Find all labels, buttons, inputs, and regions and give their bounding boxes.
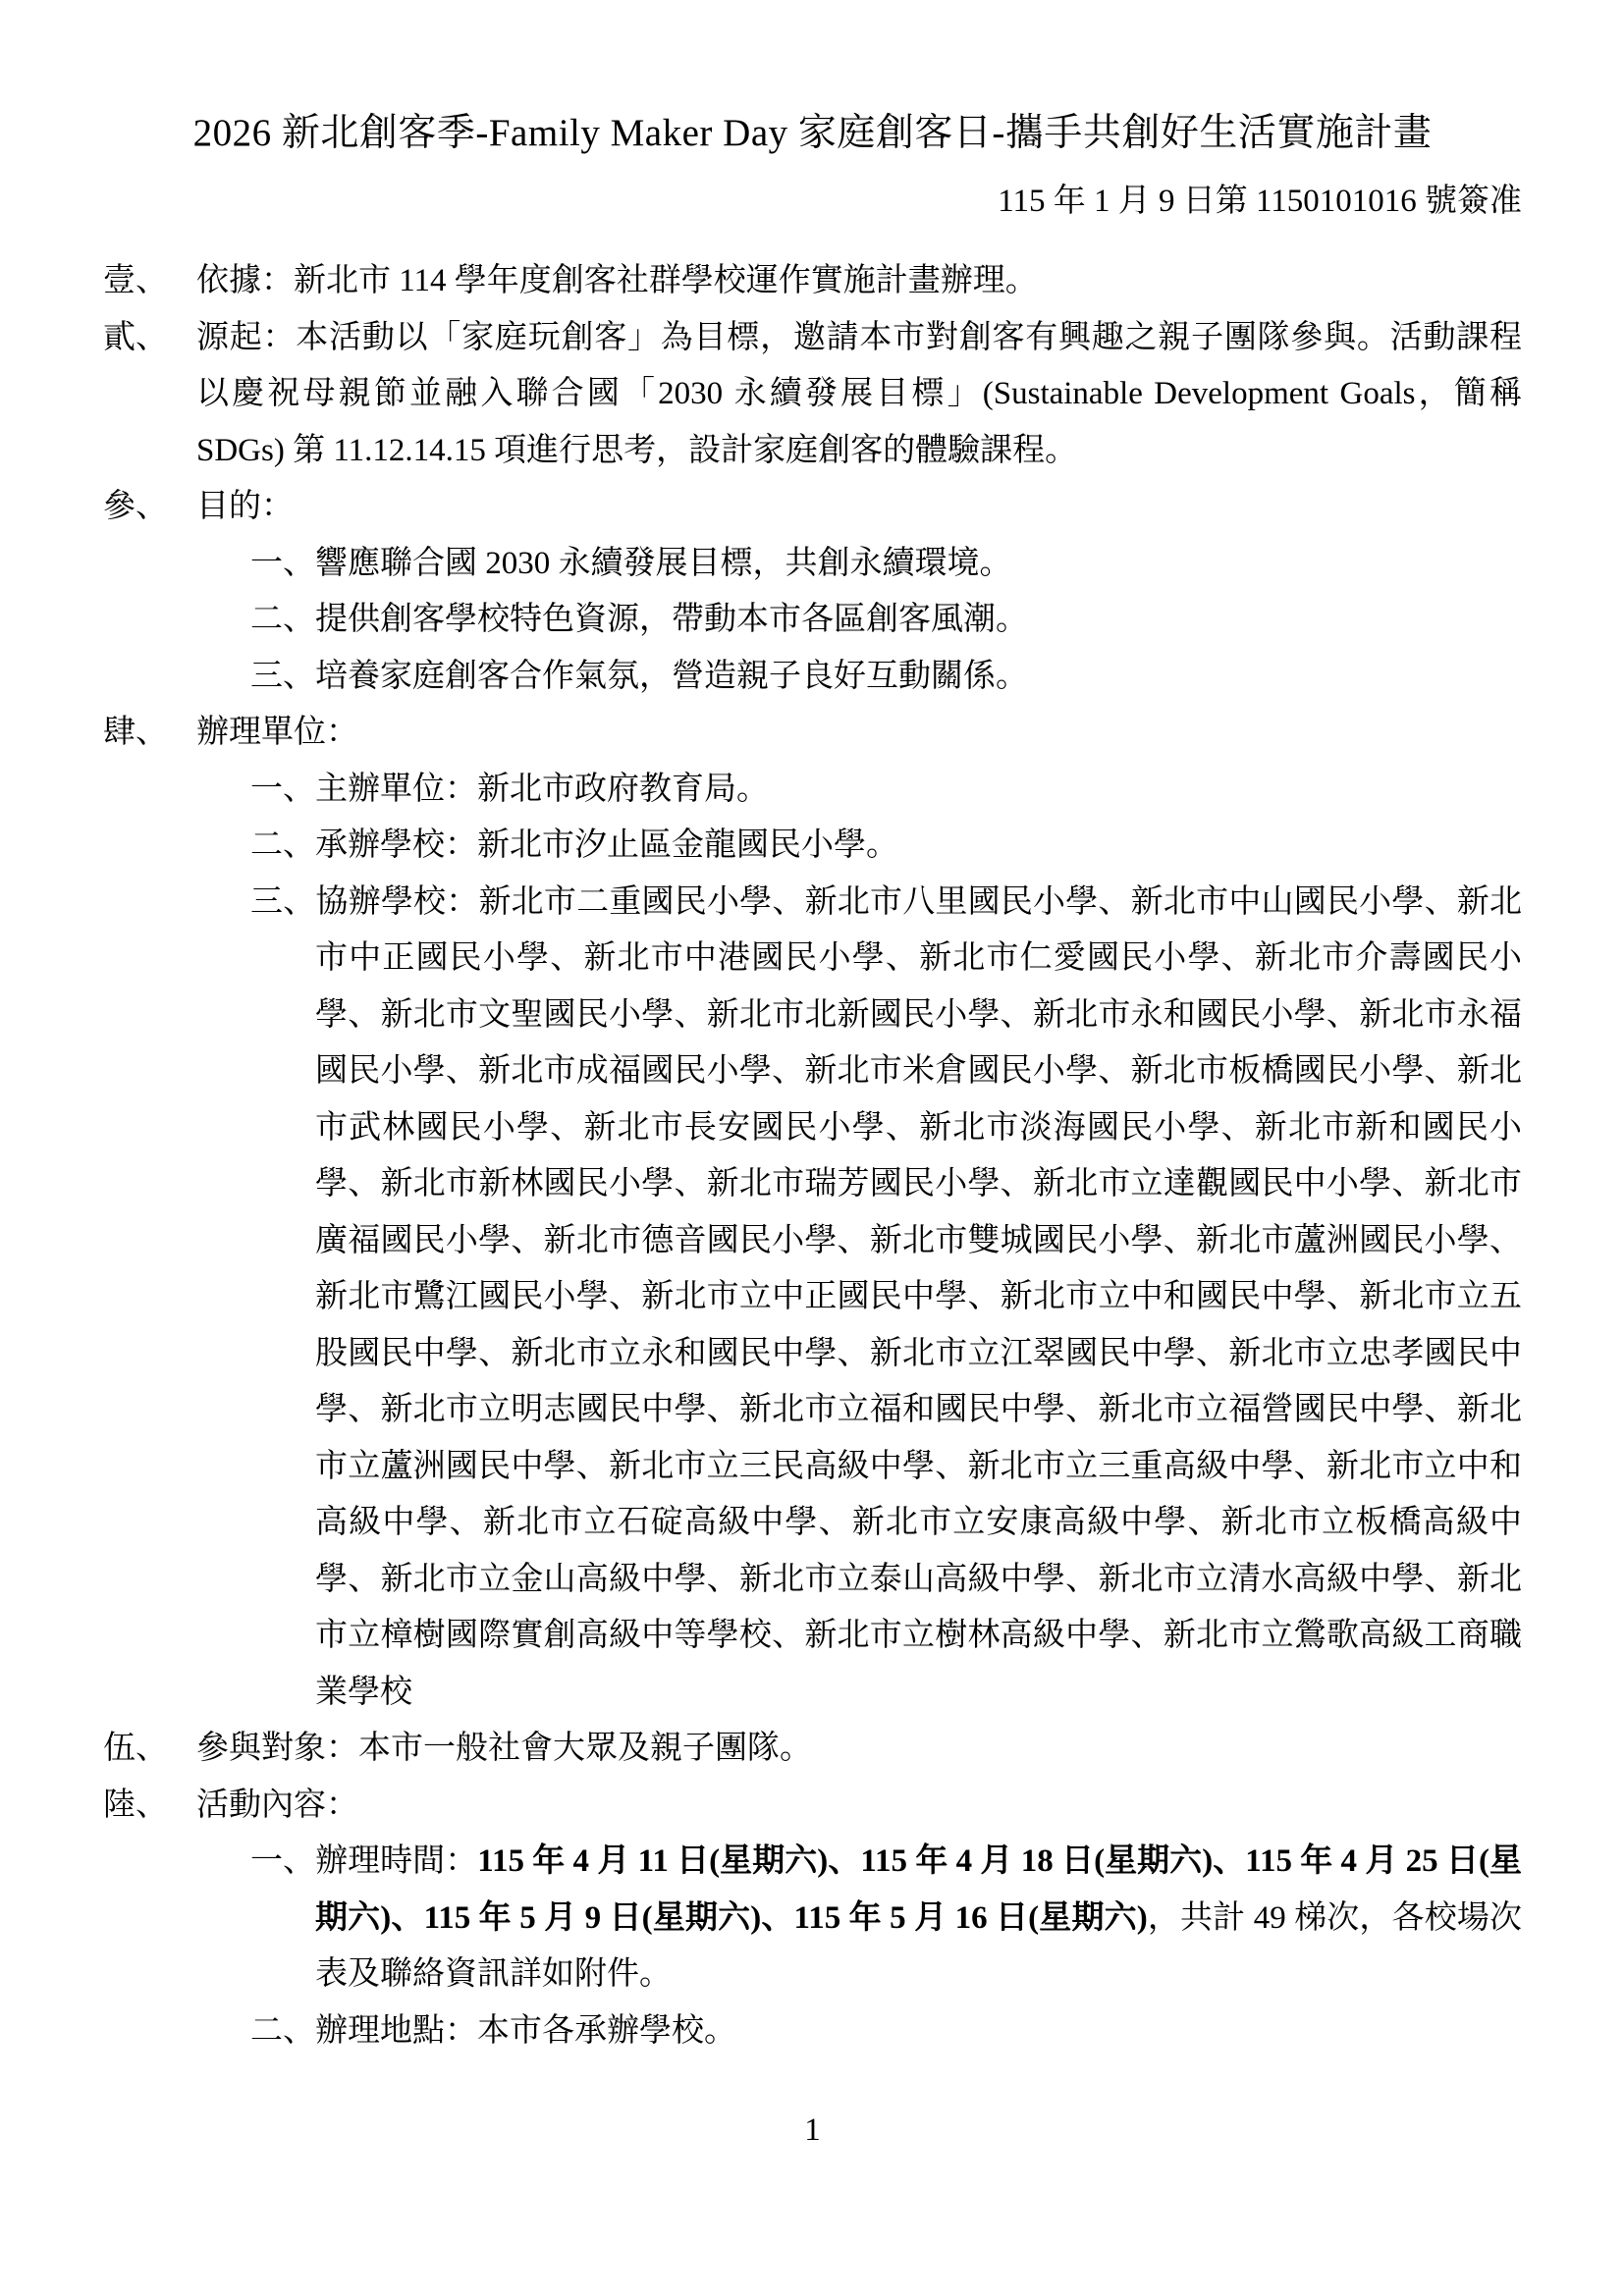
section-purpose: 參、 目的： 一、響應聯合國 2030 永續發展目標，共創永續環境。 二、提供創… — [103, 479, 1522, 705]
approval-number-line: 115 年 1 月 9 日第 1150101016 號簽准 — [103, 177, 1522, 226]
section-origin-number: 貳、 — [103, 310, 196, 367]
document-page: 2026 新北創客季-Family Maker Day 家庭創客日-攜手共創好生… — [0, 0, 1624, 2296]
purpose-item-1: 一、響應聯合國 2030 永續發展目標，共創永續環境。 — [250, 536, 1522, 593]
schedule-prefix: 一、辦理時間： — [250, 1843, 477, 1879]
section-participants-text: 參與對象：本市一般社會大眾及親子團隊。 — [196, 1721, 1522, 1778]
section-origin-text: 源起：本活動以「家庭玩創客」為目標，邀請本市對創客有興趣之親子團隊參與。活動課程… — [196, 310, 1522, 480]
organizer-item-host: 一、主辦單位：新北市政府教育局。 — [250, 762, 1522, 819]
section-basis-number: 壹、 — [103, 253, 196, 310]
section-participants-number: 伍、 — [103, 1721, 196, 1778]
purpose-item-3: 三、培養家庭創客合作氣氛，營造親子良好互動關係。 — [250, 649, 1522, 706]
section-organizers-heading: 辦理單位： — [196, 705, 1522, 762]
document-title: 2026 新北創客季-Family Maker Day 家庭創客日-攜手共創好生… — [103, 104, 1522, 163]
section-activity: 陸、 活動內容： 一、辦理時間：115 年 4 月 11 日(星期六)、115 … — [103, 1778, 1522, 2060]
section-organizers-number: 肆、 — [103, 705, 196, 762]
organizer-item-undertaker: 二、承辦學校：新北市汐止區金龍國民小學。 — [250, 818, 1522, 875]
section-activity-number: 陸、 — [103, 1778, 196, 1835]
section-participants: 伍、 參與對象：本市一般社會大眾及親子團隊。 — [103, 1721, 1522, 1778]
organizer-item-coorganizer-schools: 三、協辦學校：新北市二重國民小學、新北市八里國民小學、新北市中山國民小學、新北市… — [250, 875, 1522, 1722]
section-basis: 壹、 依據：新北市 114 學年度創客社群學校運作實施計畫辦理。 — [103, 253, 1522, 310]
page-number: 1 — [103, 2110, 1522, 2150]
section-purpose-number: 參、 — [103, 479, 196, 536]
activity-item-schedule: 一、辦理時間：115 年 4 月 11 日(星期六)、115 年 4 月 18 … — [250, 1834, 1522, 2003]
document-body: 壹、 依據：新北市 114 學年度創客社群學校運作實施計畫辦理。 貳、 源起：本… — [103, 253, 1522, 2059]
section-activity-heading: 活動內容： — [196, 1778, 1522, 1835]
section-purpose-heading: 目的： — [196, 479, 1522, 536]
activity-item-location: 二、辦理地點：本市各承辦學校。 — [250, 2003, 1522, 2060]
section-origin: 貳、 源起：本活動以「家庭玩創客」為目標，邀請本市對創客有興趣之親子團隊參與。活… — [103, 310, 1522, 480]
purpose-item-2: 二、提供創客學校特色資源，帶動本市各區創客風潮。 — [250, 592, 1522, 649]
section-organizers: 肆、 辦理單位： 一、主辦單位：新北市政府教育局。 二、承辦學校：新北市汐止區金… — [103, 705, 1522, 1721]
section-basis-text: 依據：新北市 114 學年度創客社群學校運作實施計畫辦理。 — [196, 253, 1522, 310]
